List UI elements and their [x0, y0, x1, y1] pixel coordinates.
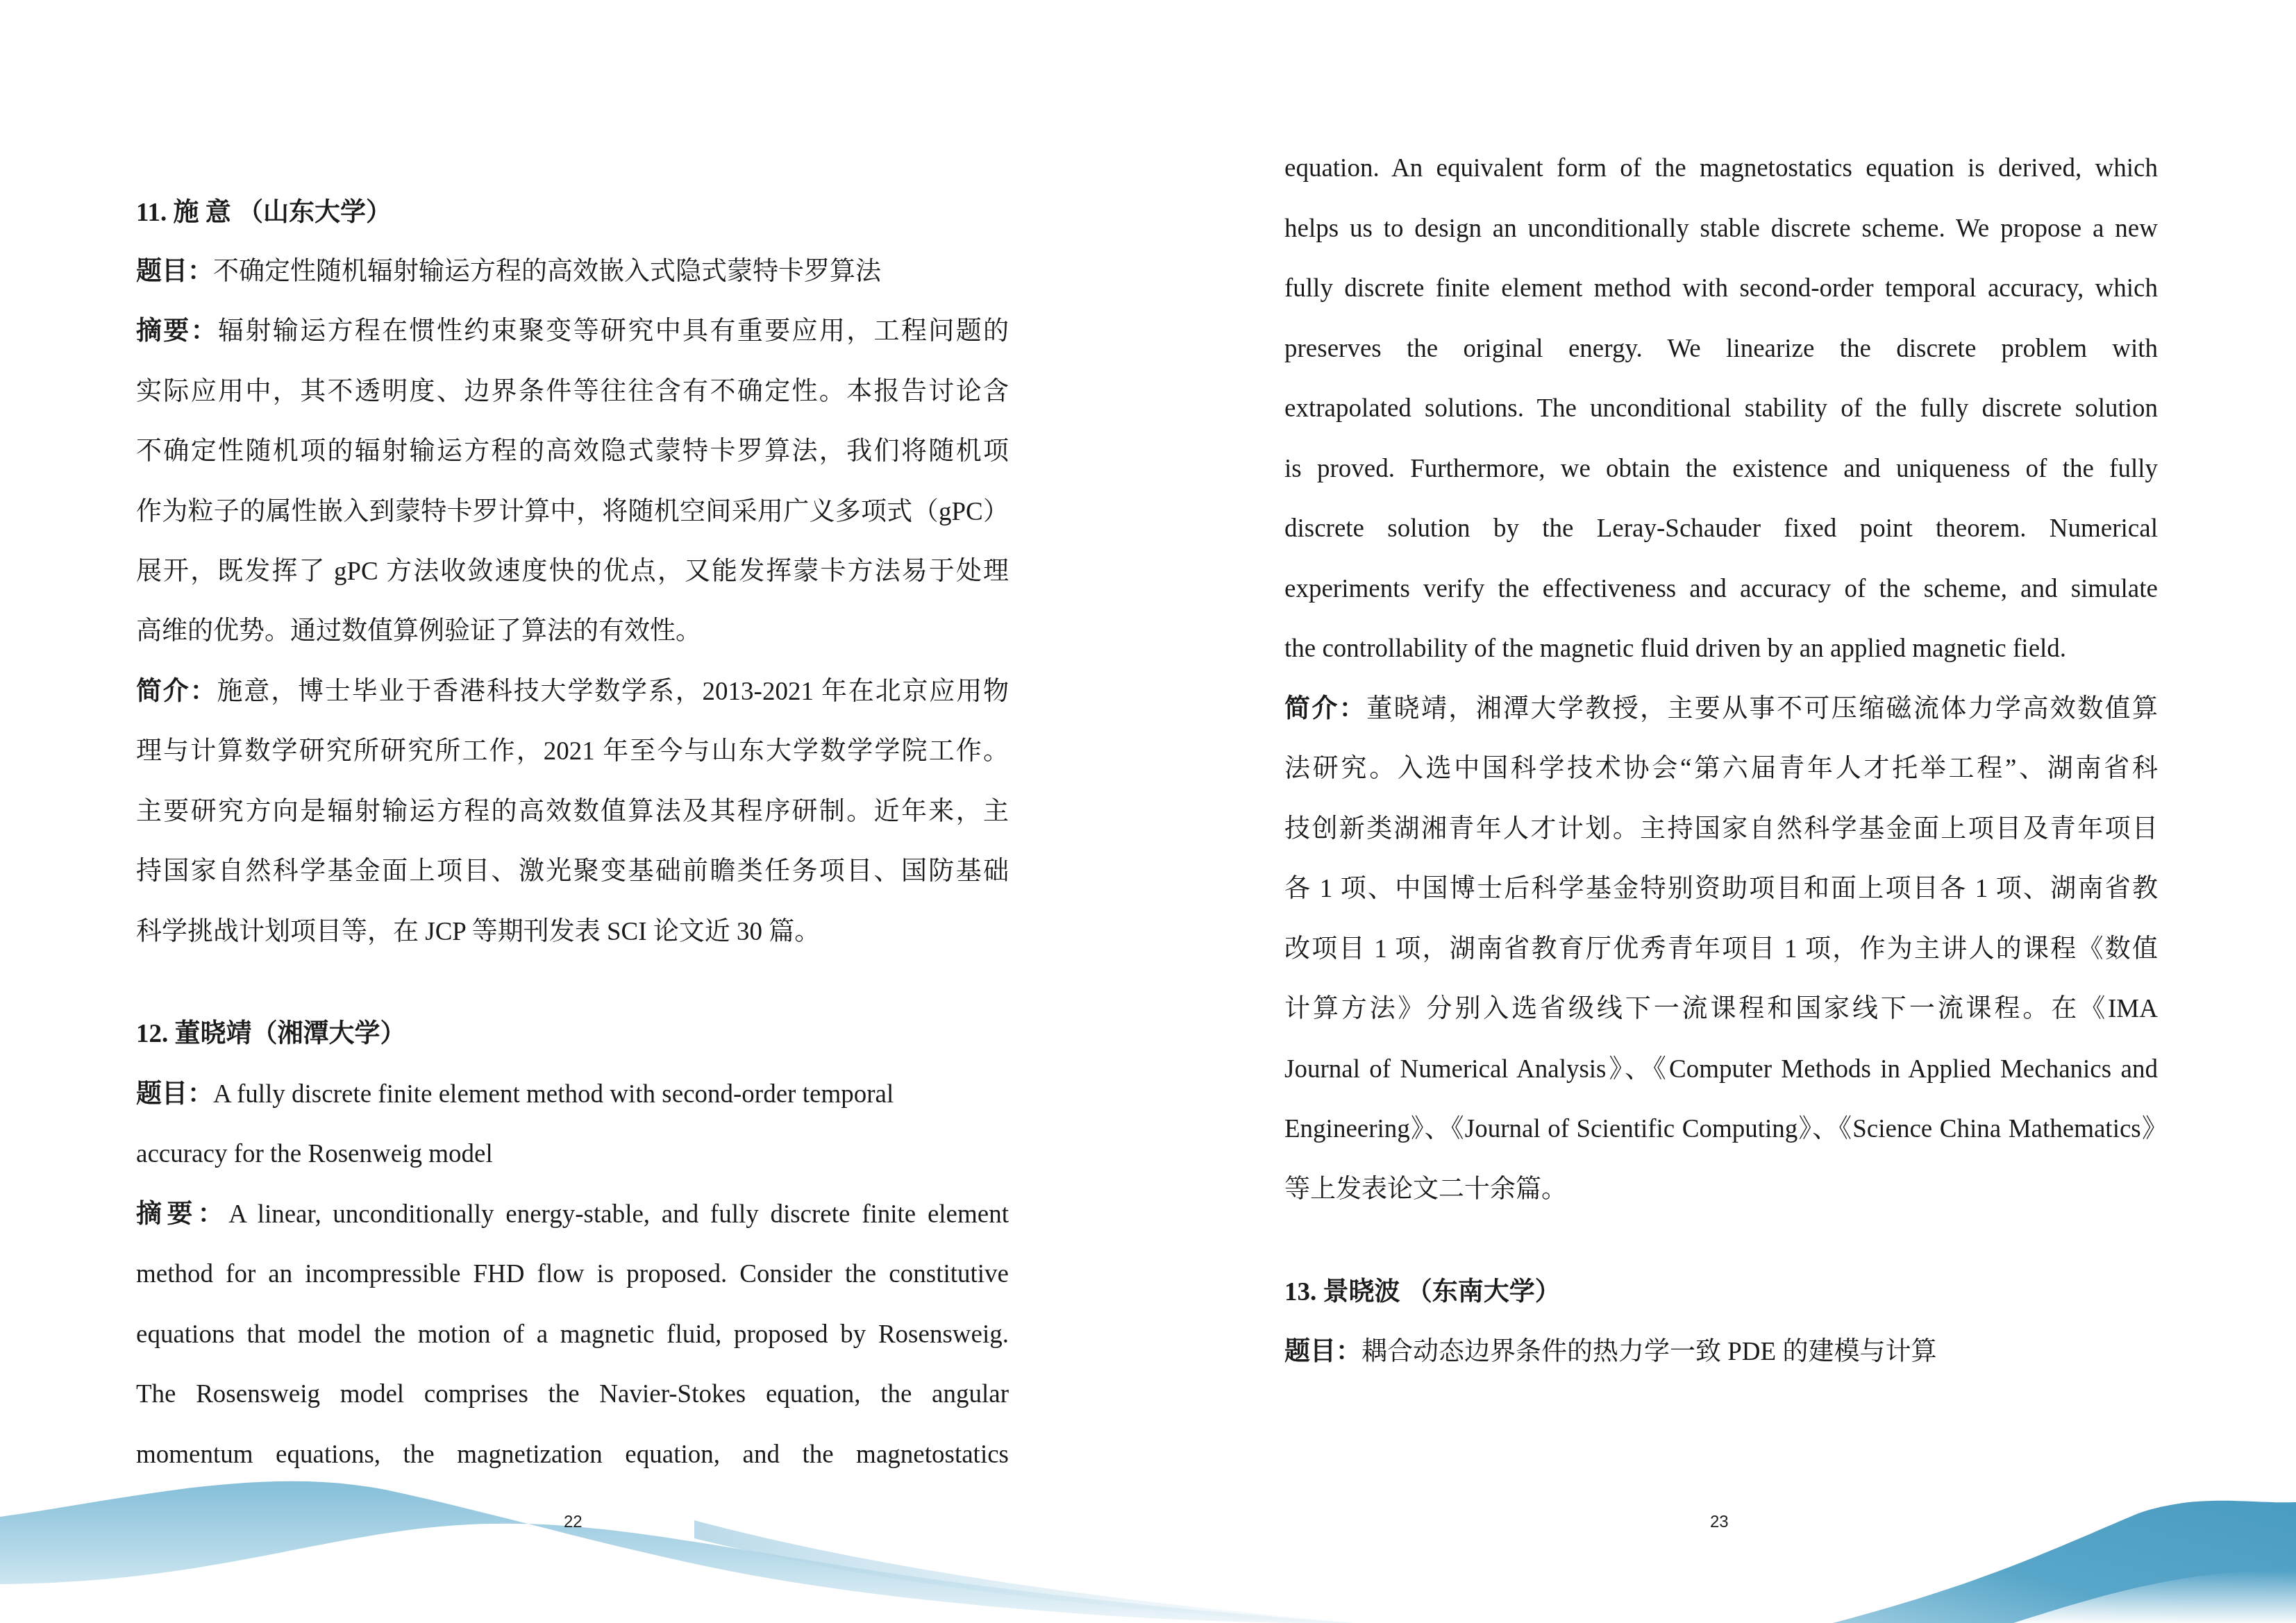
item12-bio-line: 计算方法》分别入选省级线下一流课程和国家线下一流课程。在《IMA	[1284, 989, 2158, 1030]
item13-heading: 13. 景晓波 （东南大学）	[1284, 1272, 2158, 1313]
item11-bio-line: 理与计算数学研究所研究所工作，2021 年至今与山东大学数学学院工作。	[136, 731, 1009, 773]
title-text: 耦合动态边界条件的热力学一致 PDE 的建模与计算	[1361, 1338, 1936, 1366]
item11-bio-line: 主要研究方向是辐射输运方程的高效数值算法及其程序研制。近年来，主	[136, 791, 1009, 833]
item11-title: 题目：不确定性随机辐射输运方程的高效嵌入式隐式蒙特卡罗算法	[136, 251, 1009, 293]
title-label: 题目：	[1284, 1338, 1361, 1366]
item11-bio-line: 科学挑战计划项目等，在 JCP 等期刊发表 SCI 论文近 30 篇。	[136, 911, 1009, 953]
item11-abstract-line: 摘要：辐射输运方程在惯性约束聚变等研究中具有重要应用，工程问题的	[136, 311, 1009, 353]
item12-abstract-line: equations that model the motion of a mag…	[136, 1314, 1009, 1356]
title-text: A fully discrete finite element method w…	[213, 1080, 894, 1109]
title-label: 题目：	[136, 1080, 213, 1109]
title-text: 不确定性随机辐射输运方程的高效嵌入式隐式蒙特卡罗算法	[213, 258, 881, 286]
item12-abstract-line: method for an incompressible FHD flow is…	[136, 1254, 1009, 1295]
item12-abstract-line: The Rosensweig model comprises the Navie…	[136, 1374, 1009, 1415]
item12-bio-line: 等上发表论文二十余篇。	[1284, 1169, 2158, 1211]
item12-bio-line: 各 1 项、中国博士后科学基金特别资助项目和面上项目各 1 项、湖南省教	[1284, 868, 2158, 910]
item12-heading: 12. 董晓靖（湘潭大学）	[136, 1014, 1009, 1055]
item12-abstract-line: 摘要：A linear, unconditionally energy-stab…	[136, 1194, 1009, 1236]
item12-bio-line: 技创新类湖湘青年人才计划。主持国家自然科学基金面上项目及青年项目	[1284, 809, 2158, 850]
item12-abstract-cont-line: experiments verify the effectiveness and…	[1284, 569, 2158, 610]
bio-label: 简介：	[136, 678, 217, 706]
abstract-text: 辐射输运方程在惯性约束聚变等研究中具有重要应用，工程问题的	[218, 317, 1009, 346]
item11-abstract-line: 不确定性随机项的辐射输运方程的高效隐式蒙特卡罗算法，我们将随机项	[136, 431, 1009, 473]
item12-title: 题目：A fully discrete finite element metho…	[136, 1074, 1009, 1116]
item12-abstract-cont-line: equation. An equivalent form of the magn…	[1284, 148, 2158, 190]
item12-abstract-cont-line: is proved. Furthermore, we obtain the ex…	[1284, 448, 2158, 490]
item12-abstract-cont-line: extrapolated solutions. The unconditiona…	[1284, 388, 2158, 430]
item11-bio-line: 简介：施意，博士毕业于香港科技大学数学系，2013-2021 年在北京应用物	[136, 671, 1009, 713]
item12-abstract-cont-line: fully discrete finite element method wit…	[1284, 268, 2158, 310]
item12-title-cont: accuracy for the Rosenweig model	[136, 1134, 1009, 1175]
item11-bio-line: 持国家自然科学基金面上项目、激光聚变基础前瞻类任务项目、国防基础	[136, 851, 1009, 893]
page-number: 23	[1710, 1512, 1729, 1533]
item12-bio-line: Journal of Numerical Analysis》、《Computer…	[1284, 1049, 2158, 1091]
item12-abstract-line: momentum equations, the magnetization eq…	[136, 1434, 1009, 1476]
page-left: 11. 施 意 （山东大学） 题目：不确定性随机辐射输运方程的高效嵌入式隐式蒙特…	[0, 0, 1148, 1623]
abstract-label: 摘要：	[136, 317, 218, 346]
item13-title: 题目：耦合动态边界条件的热力学一致 PDE 的建模与计算	[1284, 1331, 2158, 1373]
item12-bio-line: 简介：董晓靖，湘潭大学教授，主要从事不可压缩磁流体力学高效数值算	[1284, 689, 2158, 730]
bio-text: 施意，博士毕业于香港科技大学数学系，2013-2021 年在北京应用物	[217, 678, 1009, 706]
item11-abstract-line: 实际应用中，其不透明度、边界条件等往往含有不确定性。本报告讨论含	[136, 371, 1009, 413]
abstract-text: A linear, unconditionally energy-stable,…	[228, 1200, 1009, 1229]
item11-abstract-line: 作为粒子的属性嵌入到蒙特卡罗计算中，将随机空间采用广义多项式（gPC）	[136, 491, 1009, 533]
page-right: equation. An equivalent form of the magn…	[1148, 0, 2296, 1623]
item12-bio-line: Engineering》、《Journal of Scientific Comp…	[1284, 1109, 2168, 1150]
item12-abstract-cont-line: helps us to design an unconditionally st…	[1284, 208, 2158, 250]
item12-abstract-cont-line: preserves the original energy. We linear…	[1284, 328, 2158, 370]
item12-abstract-cont-line: the controllability of the magnetic flui…	[1284, 628, 2158, 670]
item11-abstract-line: 高维的优势。通过数值算例验证了算法的有效性。	[136, 611, 1009, 653]
item12-bio-line: 法研究。入选中国科学技术协会“第六届青年人才托举工程”、湖南省科	[1284, 748, 2158, 790]
item11-heading: 11. 施 意 （山东大学）	[136, 192, 1009, 234]
bio-label: 简介：	[1284, 695, 1366, 723]
abstract-label: 摘要：	[136, 1200, 228, 1229]
page-number: 22	[564, 1512, 583, 1533]
title-label: 题目：	[136, 258, 213, 286]
bio-text: 董晓靖，湘潭大学教授，主要从事不可压缩磁流体力学高效数值算	[1366, 695, 2158, 723]
item12-bio-line: 改项目 1 项，湖南省教育厅优秀青年项目 1 项，作为主讲人的课程《数值	[1284, 929, 2158, 970]
item11-abstract-line: 展开，既发挥了 gPC 方法收敛速度快的优点，又能发挥蒙卡方法易于处理	[136, 551, 1009, 593]
item12-abstract-cont-line: discrete solution by the Leray-Schauder …	[1284, 508, 2158, 550]
